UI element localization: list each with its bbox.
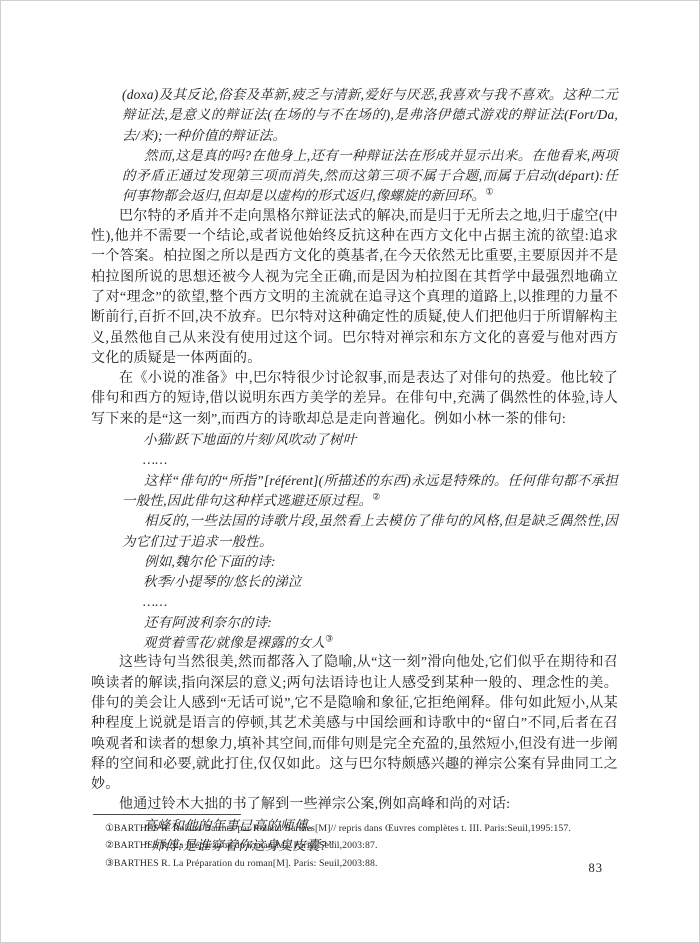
text: 在《小说的准备》中,巴尔特很少讨论叙事,而是表达了对俳句的热爱。他比较了俳句和西… [91,371,618,427]
text: ②BARTHES R. La Préparation du roman[M]. … [105,840,378,851]
text: 观赏着雪花/就像是裸露的女人 [143,635,325,650]
text: 例如,魏尔伦下面的诗: [144,554,276,569]
text: 然而,这是真的吗?在他身上,还有一种辩证法在形成并显示出来。在他看来,两项的矛盾… [122,148,618,204]
text: 还有阿波利奈尔的诗: [144,615,272,630]
quote-paragraph: 还有阿波利奈尔的诗: [122,613,618,633]
body-paragraph: 他通过铃木大拙的书了解到一些禅宗公案,例如高峰和尚的对话: [91,795,618,815]
footnote-item: ②BARTHES R. La Préparation du roman[M]. … [91,837,618,854]
text: ①BARTHES R. Roland Barthes par Roland Ba… [105,823,571,834]
verse-line: 观赏着雪花/就像是裸露的女人③ [143,633,618,653]
verse-line: 秋季/小提琴的/悠长的涕泣 [143,572,618,592]
footnote-ref: ② [372,491,380,501]
text: (doxa)及其反论,俗套及革新,疲乏与清新,爱好与厌恶,我喜欢与我不喜欢。这种… [122,87,618,143]
footnotes-section: ①BARTHES R. Roland Barthes par Roland Ba… [91,814,618,872]
text: 相反的,一些法国的诗歌片段,虽然看上去模仿了俳句的风格,但是缺乏偶然性,因为它们… [122,513,618,548]
footnote-ref: ③ [325,634,333,644]
text: …… [143,594,167,609]
body-paragraph: 这些诗句当然很美,然而都落入了隐喻,从“这一刻”滑向他处,它们似乎在期待和召唤读… [91,653,618,795]
footnote-item: ③BARTHES R. La Préparation du roman[M]. … [91,855,618,872]
verse-line: 小猫/跃下地面的片刻/风吹动了树叶 [143,430,618,450]
page-text-content: (doxa)及其反论,俗套及革新,疲乏与清新,爱好与厌恶,我喜欢与我不喜欢。这种… [91,85,618,856]
footnote-ref: ① [485,187,493,197]
verse-line: …… [143,592,618,612]
body-paragraph: 在《小说的准备》中,巴尔特很少讨论叙事,而是表达了对俳句的热爱。他比较了俳句和西… [91,369,618,430]
text: 小猫/跃下地面的片刻/风吹动了树叶 [143,432,356,447]
text: …… [143,452,167,467]
quote-paragraph: 例如,魏尔伦下面的诗: [122,552,618,572]
footnote-list: ①BARTHES R. Roland Barthes par Roland Ba… [91,820,618,872]
text: 这些诗句当然很美,然而都落入了隐喻,从“这一刻”滑向他处,它们似乎在期待和召唤读… [91,655,618,792]
text: 他通过铃木大拙的书了解到一些禅宗公案,例如高峰和尚的对话: [119,797,510,812]
text: 这样“俳句的“所指”[référent](所描述的东西)永远是特殊的。任何俳句都… [122,473,618,508]
text: 巴尔特的矛盾并不走向黑格尔辩证法式的解决,而是归于无所去之地,归于虚空(中性),… [91,209,618,366]
footnote-separator [93,814,241,815]
page-number: 83 [589,861,604,876]
quote-paragraph: (doxa)及其反论,俗套及革新,疲乏与清新,爱好与厌恶,我喜欢与我不喜欢。这种… [122,85,618,146]
quote-paragraph: 这样“俳句的“所指”[référent](所描述的东西)永远是特殊的。任何俳句都… [122,471,618,512]
book-page: (doxa)及其反论,俗套及革新,疲乏与清新,爱好与厌恶,我喜欢与我不喜欢。这种… [0,0,700,943]
footnote-item: ①BARTHES R. Roland Barthes par Roland Ba… [91,820,618,837]
text: 秋季/小提琴的/悠长的涕泣 [143,574,302,589]
text: ③BARTHES R. La Préparation du roman[M]. … [105,858,378,869]
body-paragraph: 巴尔特的矛盾并不走向黑格尔辩证法式的解决,而是归于无所去之地,归于虚空(中性),… [91,207,618,369]
verse-line: …… [143,450,618,470]
quote-paragraph: 然而,这是真的吗?在他身上,还有一种辩证法在形成并显示出来。在他看来,两项的矛盾… [122,146,618,207]
quote-paragraph: 相反的,一些法国的诗歌片段,虽然看上去模仿了俳句的风格,但是缺乏偶然性,因为它们… [122,511,618,552]
